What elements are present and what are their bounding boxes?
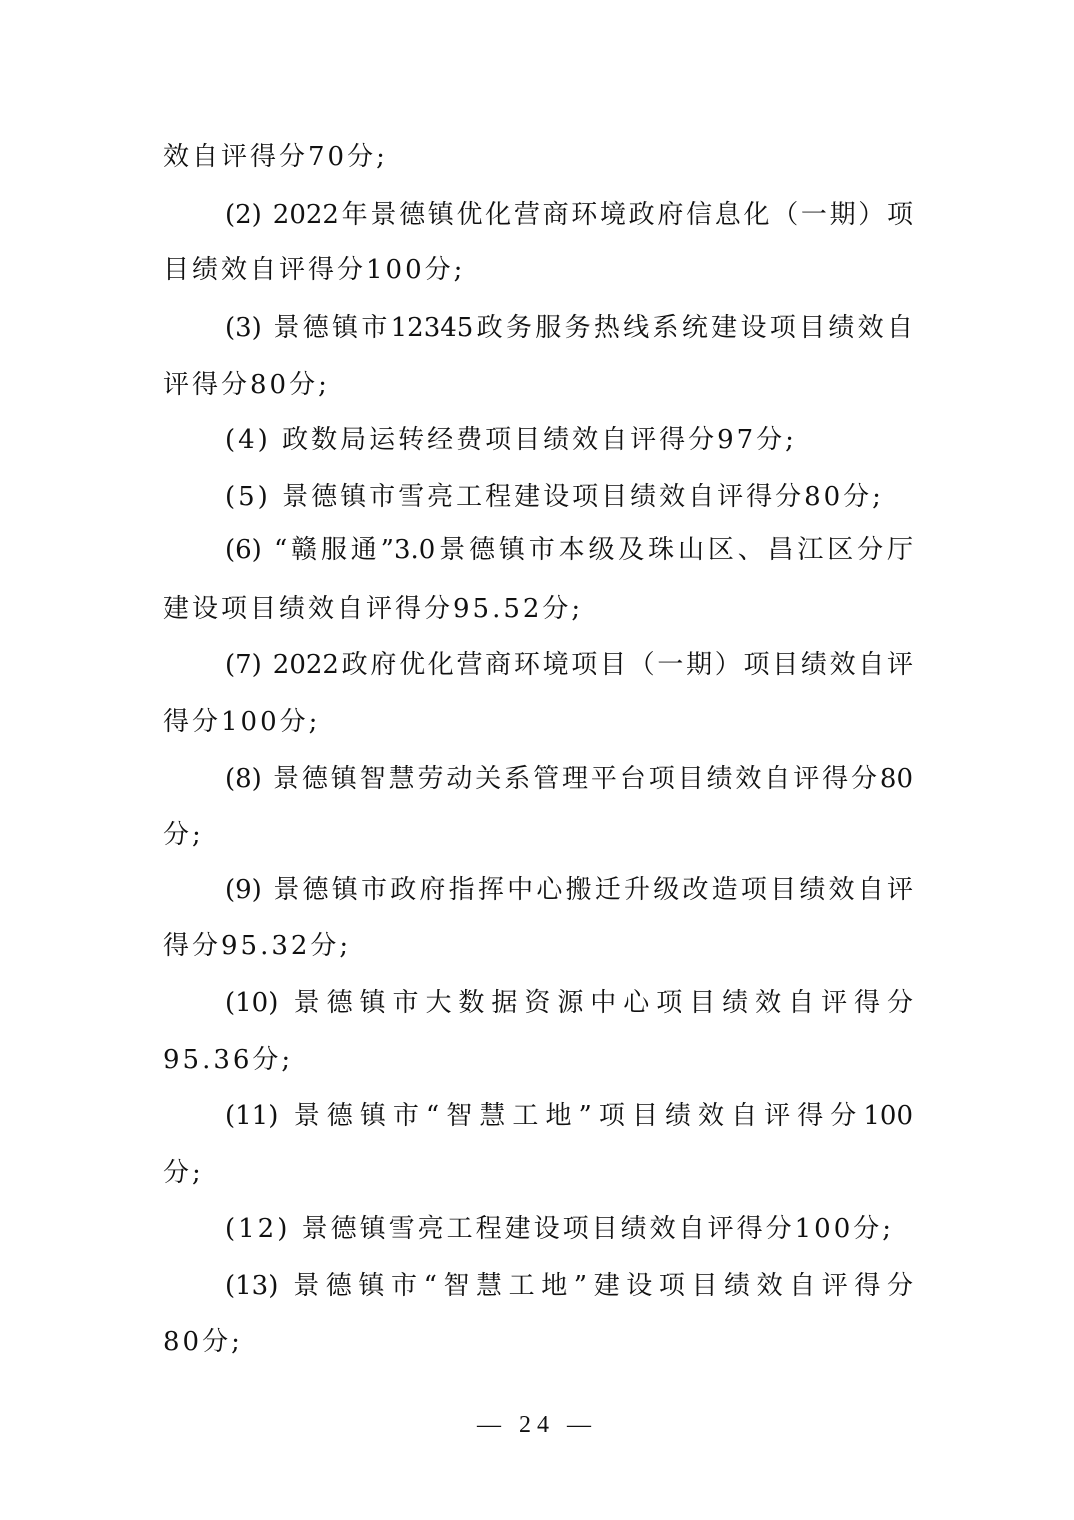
text-line: 评得分80分; [163,368,913,402]
text-line: (10) 景德镇市大数据资源中心项目绩效自评得分 [225,986,913,1020]
text-line: (11) 景德镇市“智慧工地”项目绩效自评得分100 [225,1099,913,1133]
text-line: 效自评得分70分; [163,140,913,174]
text-line: (4) 政数局运转经费项目绩效自评得分97分; [225,423,913,457]
text-line: (3) 景德镇市12345政务服务热线系统建设项目绩效自 [225,311,913,345]
text-line: 95.36分; [163,1043,913,1077]
text-line: 得分100分; [163,705,913,739]
text-line: (8) 景德镇智慧劳动关系管理平台项目绩效自评得分80 [225,762,913,796]
text-line: (7) 2022政府优化营商环境项目（一期）项目绩效自评 [225,648,913,682]
text-line: (13) 景德镇市“智慧工地”建设项目绩效自评得分 [225,1269,913,1303]
text-line: 目绩效自评得分100分; [163,253,913,287]
text-line: 建设项目绩效自评得分95.52分; [163,592,913,626]
text-line: 分; [163,818,913,852]
text-line: (5) 景德镇市雪亮工程建设项目绩效自评得分80分; [225,480,913,514]
text-line: 得分95.32分; [163,929,913,963]
text-line: 分; [163,1156,913,1190]
text-line: 80分; [163,1325,913,1359]
text-line: (12) 景德镇雪亮工程建设项目绩效自评得分100分; [225,1212,913,1246]
text-line: (6) “赣服通”3.0景德镇市本级及珠山区、昌江区分厅 [225,533,913,567]
page-number: — 24 — [0,1412,1074,1439]
text-line: (9) 景德镇市政府指挥中心搬迁升级改造项目绩效自评 [225,873,913,907]
text-line: (2) 2022年景德镇优化营商环境政府信息化（一期）项 [225,198,913,232]
document-page: 效自评得分70分;(2) 2022年景德镇优化营商环境政府信息化（一期）项目绩效… [0,0,1074,1520]
